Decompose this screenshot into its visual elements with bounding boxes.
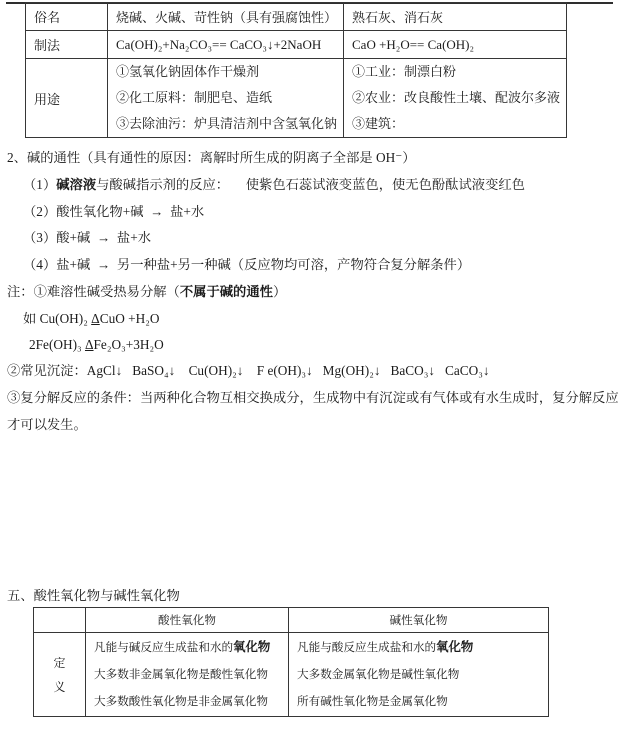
acidic-oxide-header: 酸性氧化物: [86, 608, 289, 633]
section5-heading: 五、酸性氧化物与碱性氧化物: [7, 587, 180, 604]
caoh2-use-2: ②农业：改良酸性土壤、配波尔多液: [352, 85, 562, 111]
eq2-post: Fe₂O₃+3H₂O: [94, 337, 164, 352]
uses-label: 用途: [26, 59, 108, 138]
definition-label: 定 义: [34, 633, 86, 717]
salt-plus-base-line: （4）盐+碱 → 另一种盐+另一种碱（反应物均可溶，产物符合复分解条件）: [23, 256, 470, 273]
acidic-oxide-def-2: 大多数非金属氧化物是酸性氧化物: [94, 661, 284, 688]
naoh-use-3: ③去除油污：炉具清洁剂中含氢氧化钠: [116, 111, 339, 137]
eq2-delta-symbol: Δ: [85, 337, 94, 352]
naoh-use-2: ②化工原料：制肥皂、造纸: [116, 85, 339, 111]
note1-pre: 注：①难溶性碱受热易分解（: [7, 284, 180, 299]
metathesis-condition-line2: 才可以发生。: [7, 416, 87, 433]
common-name-row: 俗名 烧碱、火碱、苛性钠（具有强腐蚀性） 熟石灰、消石灰: [26, 3, 567, 31]
eq2-pre: 2Fe(OH)₃: [29, 337, 85, 352]
caoh2-common-name-cell: 熟石灰、消石灰: [344, 3, 567, 31]
indicator-reaction-line: （1）碱溶液与酸碱指示剂的反应： 使紫色石蕊试液变蓝色，使无色酚酞试液变红色: [23, 176, 525, 193]
item1-bold-base-solution: 碱溶液: [56, 177, 96, 192]
document-page: 俗名 烧碱、火碱、苛性钠（具有强腐蚀性） 熟石灰、消石灰 制法 Ca(OH)₂+…: [0, 0, 640, 729]
basic-oxide-def-2: 大多数金属氧化物是碱性氧化物: [297, 661, 544, 688]
caoh2-preparation-cell: CaO +H₂O== Ca(OH)₂: [344, 31, 567, 59]
definition-label-char1: 定: [34, 651, 85, 675]
bases-properties-table: 俗名 烧碱、火碱、苛性钠（具有强腐蚀性） 熟石灰、消石灰 制法 Ca(OH)₂+…: [25, 2, 567, 138]
acidic-oxide-def-1: 凡能与碱反应生成盐和水的氧化物: [94, 634, 284, 661]
general-properties-heading: 2、碱的通性（具有通性的原因：离解时所生成的阴离子全部是 OH⁻）: [7, 149, 416, 166]
basic-oxide-def-1: 凡能与酸反应生成盐和水的氧化物: [297, 634, 544, 661]
eq1-pre: 如 Cu(OH)₂: [23, 311, 91, 326]
uses-row: 用途 ①氢氧化钠固体作干燥剂 ②化工原料：制肥皂、造纸 ③去除油污：炉具清洁剂中…: [26, 59, 567, 138]
item1-text: 与酸碱指示剂的反应： 使紫色石蕊试液变蓝色，使无色酚酞试液变红色: [96, 177, 525, 192]
cuoh2-equation-line: 如 Cu(OH)₂ ΔCuO +H₂O: [23, 310, 160, 327]
feoh3-equation-line: 2Fe(OH)₃ ΔFe₂O₃+3H₂O: [29, 336, 164, 353]
acidic-oxide-definition-cell: 凡能与碱反应生成盐和水的氧化物 大多数非金属氧化物是酸性氧化物 大多数酸性氧化物…: [86, 633, 289, 717]
preparation-label: 制法: [26, 31, 108, 59]
basic-oxide-def-3: 所有碱性氧化物是金属氧化物: [297, 688, 544, 715]
oxides-header-empty-cell: [34, 608, 86, 633]
oxides-comparison-table: 酸性氧化物 碱性氧化物 定 义 凡能与碱反应生成盐和水的氧化物 大多数非金属氧化…: [33, 607, 549, 717]
eq1-post: CuO +H₂O: [100, 311, 160, 326]
eq1-delta-symbol: Δ: [91, 311, 100, 326]
acidic-oxide-def-3: 大多数酸性氧化物是非金属氧化物: [94, 688, 284, 715]
basic-def1-text: 凡能与酸反应生成盐和水的: [297, 641, 436, 654]
note1-post: ）: [273, 284, 286, 299]
oxides-header-row: 酸性氧化物 碱性氧化物: [34, 608, 549, 633]
caoh2-uses-cell: ①工业：制漂白粉 ②农业：改良酸性土壤、配波尔多液 ③建筑：: [344, 59, 567, 138]
acidic-def1-text: 凡能与碱反应生成盐和水的: [94, 641, 233, 654]
basic-def1-bold-oxide: 氧化物: [436, 640, 473, 654]
naoh-common-name-cell: 烧碱、火碱、苛性钠（具有强腐蚀性）: [108, 3, 344, 31]
acid-plus-base-line: （3）酸+碱 → 盐+水: [23, 229, 151, 246]
basic-oxide-header: 碱性氧化物: [289, 608, 549, 633]
common-precipitates-line: ②常见沉淀：AgCl↓ BaSO₄↓ Cu(OH)₂↓ F e(OH)₃↓ Mg…: [7, 362, 489, 379]
definition-label-char2: 义: [34, 675, 85, 699]
item1-number: （1）: [23, 177, 56, 192]
naoh-preparation-cell: Ca(OH)₂+Na₂CO₃== CaCO₃↓+2NaOH: [108, 31, 344, 59]
preparation-row: 制法 Ca(OH)₂+Na₂CO₃== CaCO₃↓+2NaOH CaO +H₂…: [26, 31, 567, 59]
definition-row: 定 义 凡能与碱反应生成盐和水的氧化物 大多数非金属氧化物是酸性氧化物 大多数酸…: [34, 633, 549, 717]
basic-oxide-definition-cell: 凡能与酸反应生成盐和水的氧化物 大多数金属氧化物是碱性氧化物 所有碱性氧化物是金…: [289, 633, 549, 717]
naoh-uses-cell: ①氢氧化钠固体作干燥剂 ②化工原料：制肥皂、造纸 ③去除油污：炉具清洁剂中含氢氧…: [108, 59, 344, 138]
naoh-use-1: ①氢氧化钠固体作干燥剂: [116, 59, 339, 85]
acidic-oxide-plus-base-line: （2）酸性氧化物+碱 → 盐+水: [23, 203, 204, 220]
caoh2-use-3: ③建筑：: [352, 111, 562, 137]
metathesis-condition-line1: ③复分解反应的条件：当两种化合物互相交换成分，生成物中有沉淀或有气体或有水生成时…: [7, 389, 619, 406]
caoh2-use-1: ①工业：制漂白粉: [352, 59, 562, 85]
acidic-def1-bold-oxide: 氧化物: [233, 640, 270, 654]
note1-bold: 不属于碱的通性: [180, 284, 273, 299]
common-name-label: 俗名: [26, 3, 108, 31]
note-decomposition-line: 注：①难溶性碱受热易分解（不属于碱的通性）: [7, 283, 286, 300]
